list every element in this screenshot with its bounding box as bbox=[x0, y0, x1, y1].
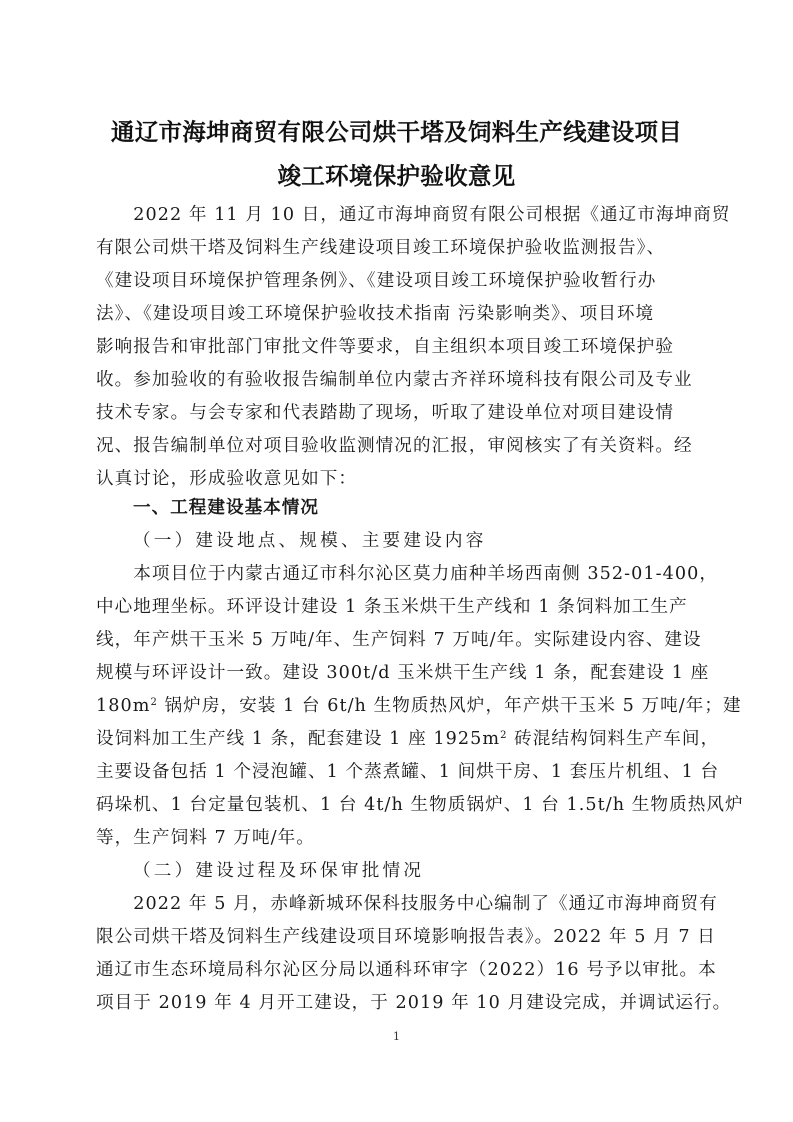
paragraph-line: 限公司烘干塔及饲料生产线建设项目环境影响报告表》。2022 年 5 月 7 日 bbox=[96, 925, 706, 949]
page-number: 1 bbox=[0, 1030, 793, 1043]
paragraph-line: 通辽市生态环境局科尔沁区分局以通科环审字（2022）16 号予以审批。本 bbox=[96, 958, 706, 982]
paragraph-line: 码垛机、1 台定量包装机、1 台 4t/h 生物质锅炉、1 台 1.5t/h 生… bbox=[96, 793, 706, 817]
paragraph-line: 180m2 锅炉房，安装 1 台 6t/h 生物质热风炉，年产烘干玉米 5 万吨… bbox=[96, 694, 706, 718]
paragraph-line: 2022 年 5 月，赤峰新城环保科技服务中心编制了《通辽市海坤商贸有 bbox=[96, 892, 706, 916]
paragraph-line: 有限公司烘干塔及饲料生产线建设项目竣工环境保护验收监测报告》、 bbox=[96, 236, 706, 260]
paragraph-line: 认真讨论，形成验收意见如下： bbox=[96, 467, 706, 491]
paragraph-line: 况、报告编制单位对项目验收监测情况的汇报，审阅核实了有关资料。经 bbox=[96, 434, 706, 458]
paragraph-line: 收。参加验收的有验收报告编制单位内蒙古齐祥环境科技有限公司及专业 bbox=[96, 368, 706, 392]
paragraph-line: 主要设备包括 1 个浸泡罐、1 个蒸煮罐、1 间烘干房、1 套压片机组、1 台 bbox=[96, 760, 706, 784]
paragraph-line: 《建设项目环境保护管理条例》、《建设项目竣工环境保护验收暂行办 bbox=[96, 269, 706, 293]
paragraph-line: 线，年产烘干玉米 5 万吨/年、生产饲料 7 万吨/年。实际建设内容、建设 bbox=[96, 628, 706, 652]
paragraph-line: 设饲料加工生产线 1 条，配套建设 1 座 1925m2 砖混结构饲料生产车间， bbox=[96, 727, 706, 751]
subsection-heading: （一）建设地点、规模、主要建设内容 bbox=[133, 529, 743, 553]
document-title-line1: 通辽市海坤商贸有限公司烘干塔及饲料生产线建设项目 bbox=[0, 113, 793, 147]
paragraph-line: 法》、《建设项目竣工环境保护验收技术指南 污染影响类》、项目环境 bbox=[96, 302, 706, 326]
paragraph-line: 规模与环评设计一致。建设 300t/d 玉米烘干生产线 1 条，配套建设 1 座 bbox=[96, 661, 706, 685]
paragraph-line: 中心地理坐标。环评设计建设 1 条玉米烘干生产线和 1 条饲料加工生产 bbox=[96, 595, 706, 619]
paragraph-line: 技术专家。与会专家和代表踏勘了现场，听取了建设单位对项目建设情 bbox=[96, 401, 706, 425]
subsection-heading: （二）建设过程及环保审批情况 bbox=[133, 859, 743, 883]
paragraph-line: 影响报告和审批部门审批文件等要求，自主组织本项目竣工环境保护验 bbox=[96, 335, 706, 359]
paragraph-line: 等，生产饲料 7 万吨/年。 bbox=[96, 826, 706, 850]
document-title-line2: 竣工环境保护验收意见 bbox=[0, 157, 793, 191]
paragraph-line: 2022 年 11 月 10 日，通辽市海坤商贸有限公司根据《通辽市海坤商贸 bbox=[96, 203, 706, 227]
paragraph-line: 本项目位于内蒙古通辽市科尔沁区莫力庙种羊场西南侧 352-01-400， bbox=[96, 562, 706, 586]
section-heading: 一、工程建设基本情况 bbox=[133, 496, 743, 520]
document-page: 通辽市海坤商贸有限公司烘干塔及饲料生产线建设项目 竣工环境保护验收意见 2022… bbox=[0, 0, 793, 1122]
paragraph-line: 项目于 2019 年 4 月开工建设，于 2019 年 10 月建设完成，并调试… bbox=[96, 991, 706, 1015]
